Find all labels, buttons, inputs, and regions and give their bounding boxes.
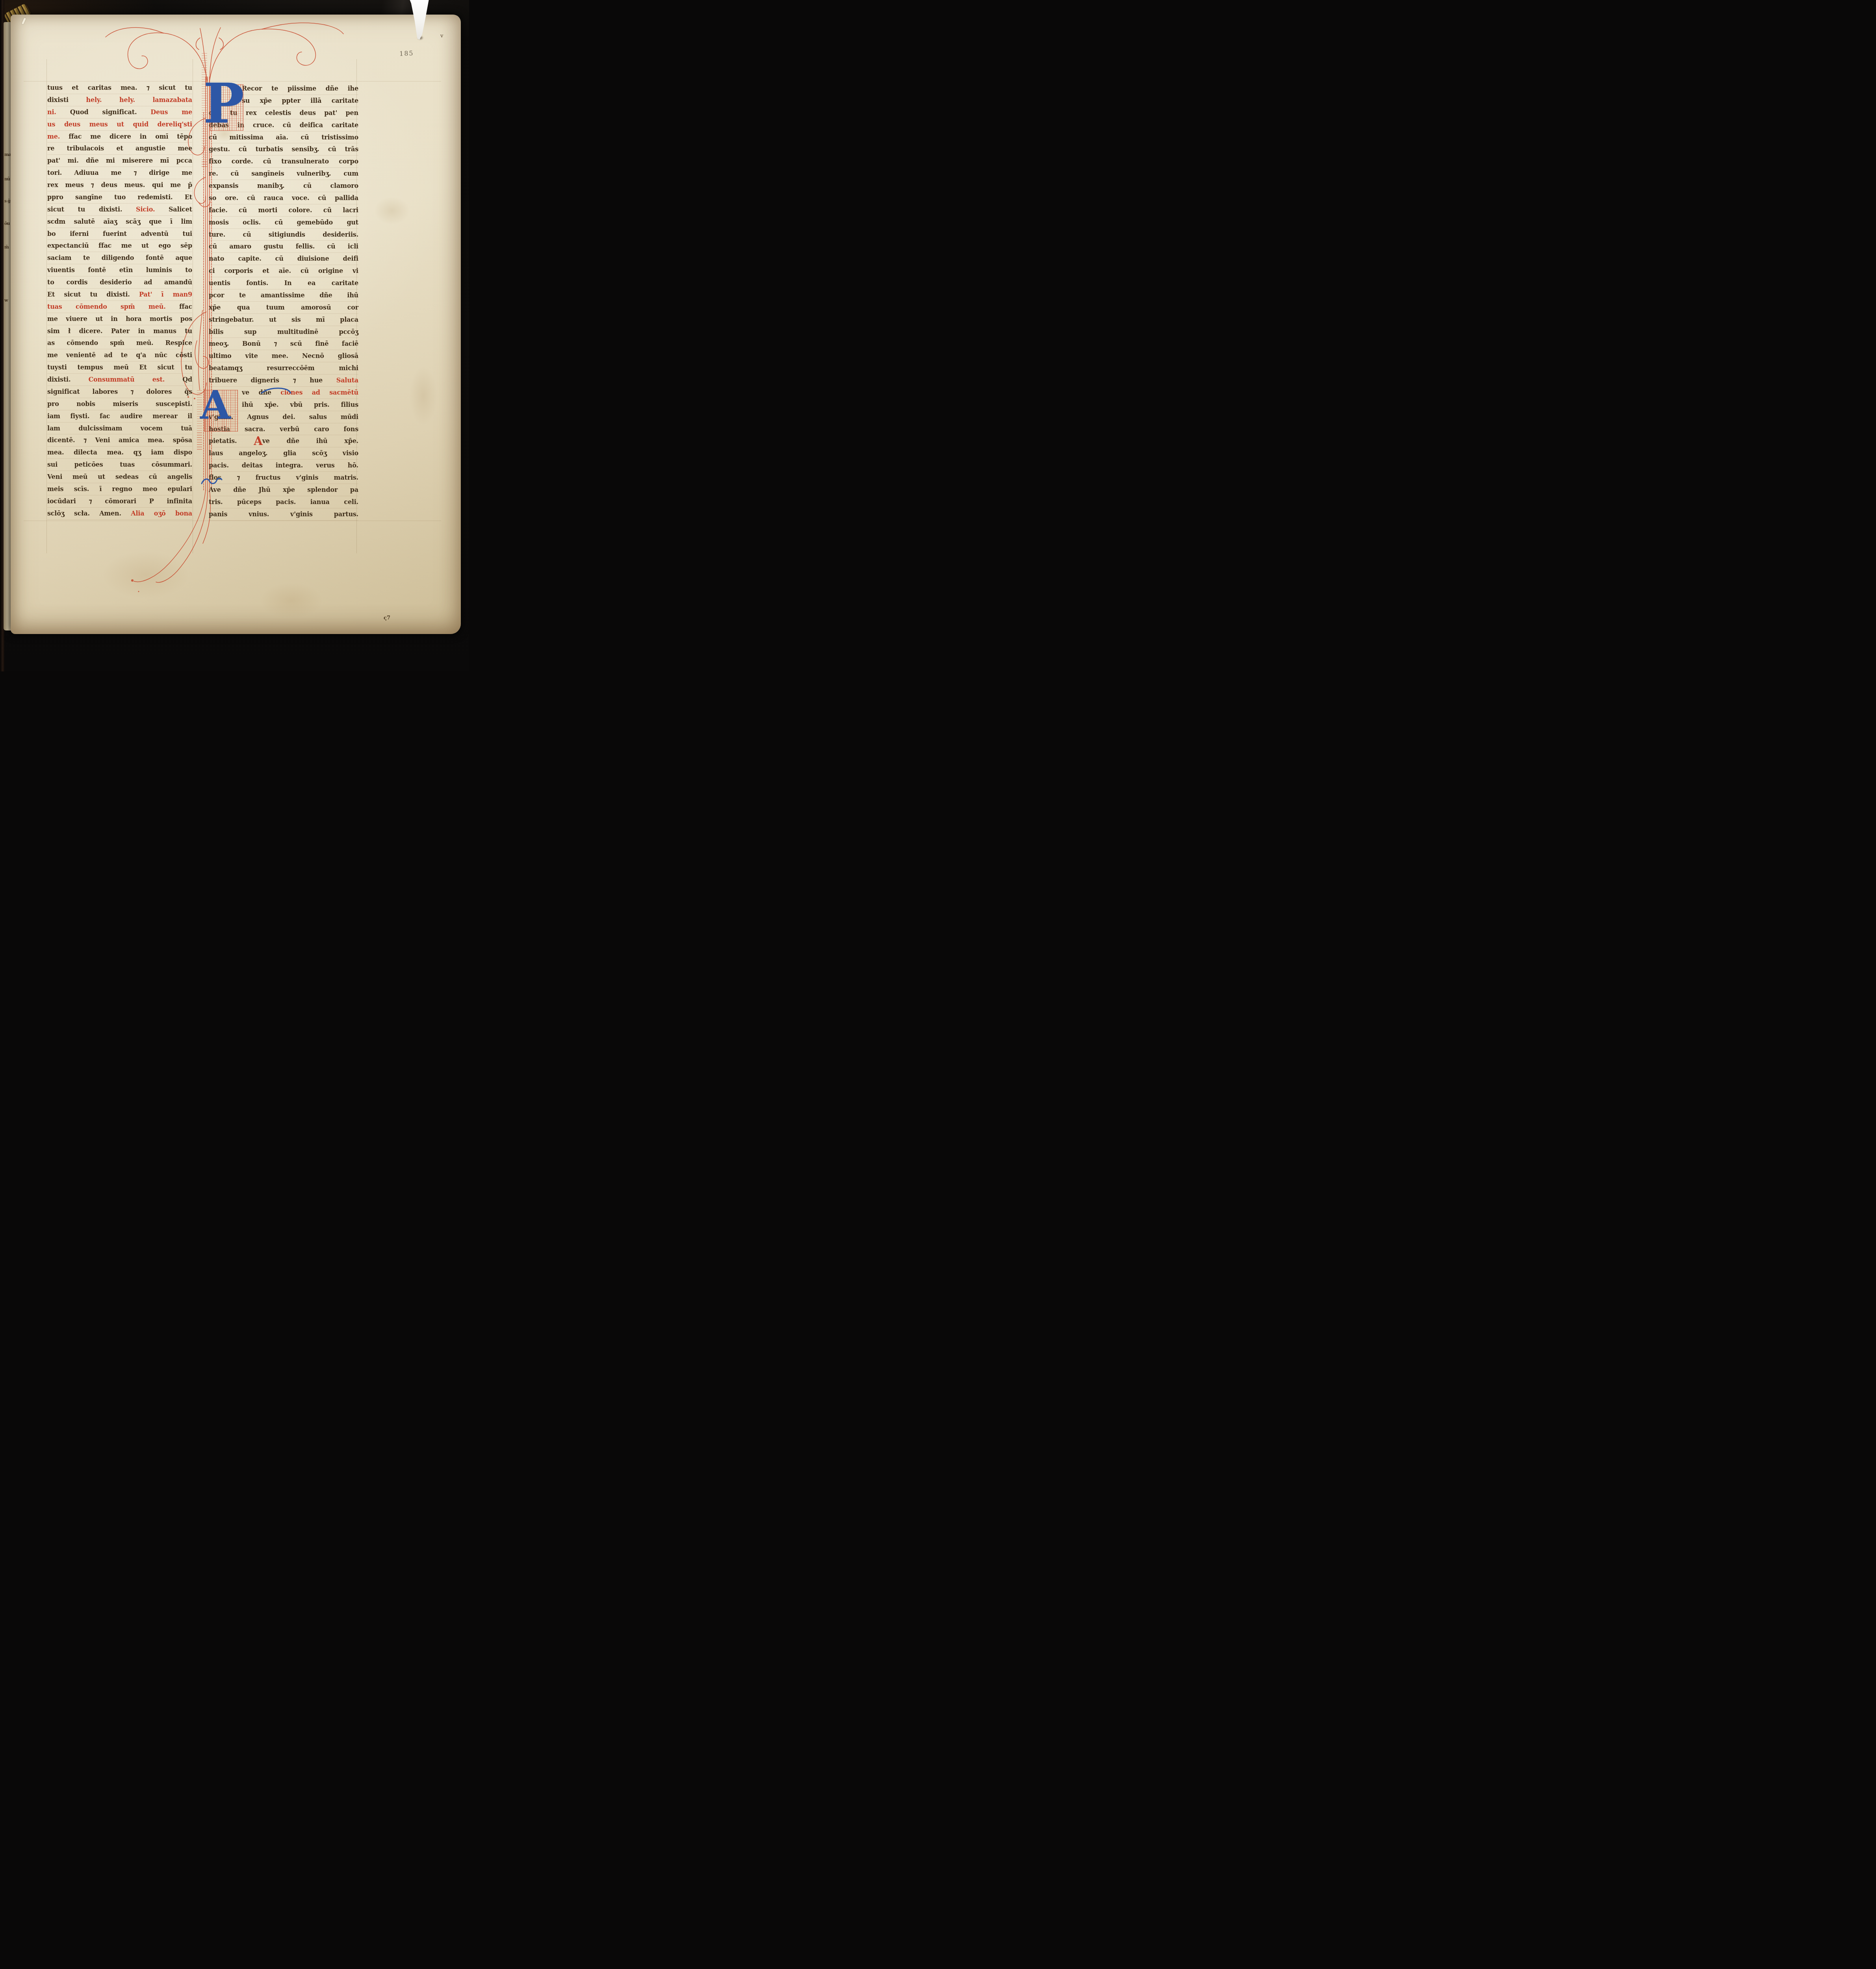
- text-segment: Consummatū est.: [89, 376, 183, 383]
- text-segment: sicut tu dixisti.: [47, 206, 136, 213]
- text-segment: me venientē ad te q'a nūc cōsti: [47, 351, 192, 359]
- text-line: pro nobis miseris suscepisti.: [47, 398, 192, 410]
- text-line: xp̄e qua tuum amorosū cor: [209, 302, 358, 314]
- text-segment: as cōmendo spm̄ meū. Respice: [47, 339, 192, 347]
- text-segment: beatamqʒ resurreccōēm michi: [209, 364, 358, 372]
- ruling-line: [46, 59, 47, 553]
- text-line: meoʒ. Bonū ⁊ scū finē faciē: [209, 338, 358, 350]
- text-line: tris. pūceps pacis. ianua celi.: [209, 496, 358, 508]
- text-segment: Quod significat.: [70, 108, 151, 116]
- folio-number: 185: [399, 49, 414, 57]
- text-segment: sclōʒ scła. Amen.: [47, 510, 131, 517]
- ruling-line: [24, 521, 441, 521]
- text-line: viuentis fontē etīn luminis to: [47, 264, 192, 276]
- text-segment: dicentē. ⁊ Veni amica mea. spōsa: [47, 436, 192, 444]
- text-line: facie. cū morti colore. cū lacri: [209, 204, 358, 217]
- text-line: iam fiysti. fac audire merear il: [47, 410, 192, 423]
- text-line: ture. cū sitigiundis desideriis.: [209, 229, 358, 241]
- text-line: beatamqʒ resurreccōēm michi: [209, 362, 358, 375]
- text-segment: Sicio.: [136, 206, 169, 213]
- text-line: expectanciū ffac me ut ego sēp: [47, 240, 192, 252]
- text-line: meis scīs. ī regno meo epulari: [47, 483, 192, 495]
- text-segment: tuus et caritas mea. ⁊ sicut tu: [47, 84, 192, 91]
- illuminated-initial-A: A: [202, 387, 238, 435]
- manuscript-photograph: manūs ḡōum̄w: [0, 0, 469, 671]
- text-line: so ore. cū rauca voce. cū pallida: [209, 192, 358, 204]
- text-segment: ture. cū sitigiundis desideriis.: [209, 231, 358, 238]
- text-line: expansis manibʒ. cū clamoro: [209, 180, 358, 192]
- text-line: ultimo vite mee. Necnō gliosā: [209, 350, 358, 362]
- text-segment: saciam te diligendo fontē aque: [47, 254, 192, 261]
- text-segment: su xp̄e ppter illā caritate: [242, 97, 358, 104]
- text-line: nato capite. cū diuisione deifi: [209, 253, 358, 265]
- text-line: iocūdari ⁊ cōmorari P infinita: [47, 495, 192, 508]
- corner-ink-mark: v: [440, 33, 443, 39]
- text-segment: rex meus ⁊ deus meus. qui me p̄: [47, 181, 192, 189]
- text-segment: ihū xp̄e. vbū pris. filius: [242, 401, 358, 408]
- text-line: me venientē ad te q'a nūc cōsti: [47, 349, 192, 362]
- text-segment: me viuere ut in hora mortis pos: [47, 315, 192, 323]
- text-segment: pcor te amantissime dñe ihū: [209, 291, 358, 299]
- text-line: tori. Adiuua me ⁊ dirige me: [47, 167, 192, 179]
- text-segment: hely. hely. lamazabata: [86, 96, 192, 104]
- text-segment: tori. Adiuua me ⁊ dirige me: [47, 169, 192, 176]
- text-segment: laus angeloʒ. glia scōʒ visio: [209, 449, 358, 457]
- text-line: Veni meū ut sedeas cū angelis: [47, 471, 192, 483]
- quire-signature: ς7: [384, 615, 390, 621]
- text-segment: ultimo vite mee. Necnō gliosā: [209, 352, 358, 360]
- text-line: tribuere digneris ⁊ hue Saluta: [209, 375, 358, 387]
- blue-swash: [200, 476, 223, 486]
- text-segment: Ave dñe Jhū xp̄e splendor pa: [209, 486, 358, 493]
- text-line: ppro sangīne tuo redemisti. Et: [47, 191, 192, 204]
- text-segment: so ore. cū rauca voce. cū pallida: [209, 194, 358, 202]
- text-segment: facie. cū morti colore. cū lacri: [209, 206, 358, 214]
- text-segment: Saluta: [336, 376, 358, 384]
- text-segment: tris. pūceps pacis. ianua celi.: [209, 498, 358, 506]
- text-line: me viuere ut in hora mortis pos: [47, 313, 192, 325]
- text-line: re tribulacois et angustie mee: [47, 143, 192, 155]
- text-line: ci corporis et aīe. cū origine vi: [209, 265, 358, 277]
- text-line: tuas cōmendo spm̄ meū. ffac: [47, 301, 192, 313]
- text-segment: re. cū sangīneis vulneribʒ. cum: [209, 170, 358, 177]
- initial-letter-A: A: [200, 385, 231, 425]
- gutter-text-fragment: w: [4, 298, 7, 303]
- text-segment: expansis manibʒ. cū clamoro: [209, 182, 358, 189]
- text-segment: A: [254, 434, 262, 448]
- right-text-column: Recor te piissime dñe ihesu xp̄e ppter i…: [209, 83, 358, 521]
- text-line: to cordis desiderio ad amandū: [47, 276, 192, 289]
- text-line: sim ł dicere. Pater in manus tu: [47, 325, 192, 337]
- text-segment: pat' mi. dñe mi miserere mī pcca: [47, 157, 192, 164]
- text-line: tuus et caritas mea. ⁊ sicut tu: [47, 82, 192, 94]
- text-segment: us deus meus ut quid dereliq'sti: [47, 121, 192, 128]
- text-line: pacis. deitas integra. verus hō.: [209, 460, 358, 472]
- text-segment: re tribulacois et angustie mee: [47, 145, 192, 152]
- text-line: dixisti hely. hely. lamazabata: [47, 94, 192, 106]
- text-segment: lam dulcissimam vocem tuā: [47, 425, 192, 432]
- text-segment: meoʒ. Bonū ⁊ scū finē faciē: [209, 340, 358, 347]
- text-segment: mea. dilecta mea. qʒ iam dispo: [47, 449, 192, 456]
- text-segment: ni.: [47, 108, 70, 116]
- text-segment: xp̄e qua tuum amorosū cor: [209, 304, 358, 311]
- text-segment: expectanciū ffac me ut ego sēp: [47, 242, 192, 249]
- text-segment: nato capite. cū diuisione deifi: [209, 255, 358, 262]
- text-segment: cū amaro gustu fellis. cū icli: [209, 243, 358, 250]
- text-segment: significat labores ⁊ dolores q̄s: [47, 388, 192, 395]
- text-line: rex meus ⁊ deus meus. qui me p̄: [47, 179, 192, 191]
- text-line: tuysti tempus meū Et sicut tu: [47, 362, 192, 374]
- text-line: dixisti. Consummatū est. Qd: [47, 374, 192, 386]
- text-segment: bilis sup multitudinē pccōʒ: [209, 328, 358, 336]
- text-line: bilis sup multitudinē pccōʒ: [209, 326, 358, 338]
- text-line: laus angeloʒ. glia scōʒ visio: [209, 447, 358, 460]
- gutter-text-fragment: nū: [4, 176, 10, 182]
- blue-swash: [261, 387, 291, 395]
- text-segment: pacis. deitas integra. verus hō.: [209, 462, 358, 469]
- text-line: as cōmendo spm̄ meū. Respice: [47, 337, 192, 349]
- text-line: dicentē. ⁊ Veni amica mea. spōsa: [47, 434, 192, 447]
- text-line: mosis oclis. cū gemebūdo gut: [209, 217, 358, 229]
- text-segment: ffac: [179, 303, 192, 310]
- text-segment: iam fiysti. fac audire merear il: [47, 412, 192, 420]
- text-segment: me.: [47, 133, 69, 140]
- text-segment: uentis fontis. In ea caritate: [209, 279, 358, 287]
- text-segment: stringebatur. ut sis mī placa: [209, 316, 358, 323]
- gutter-text-fragment: ōu: [4, 221, 9, 226]
- text-segment: gestu. cū turbatis sensibʒ. cū trās: [209, 145, 358, 153]
- text-segment: ppro sangīne tuo redemisti. Et: [47, 193, 192, 201]
- text-segment: ffac me dicere in omī tēpo: [69, 133, 192, 140]
- text-segment: fixo corde. cū transulnerato corpo: [209, 158, 358, 165]
- text-line: significat labores ⁊ dolores q̄s: [47, 386, 192, 398]
- ruling-line: [193, 59, 193, 553]
- text-line: fixo corde. cū transulnerato corpo: [209, 156, 358, 168]
- text-segment: viuentis fontē etīn luminis to: [47, 266, 192, 274]
- text-line: Et sicut tu dixisti. Pat' ī man9: [47, 289, 192, 301]
- text-line: panis vnius. v'ginis partus.: [209, 508, 358, 521]
- text-segment: Salicet: [169, 206, 192, 213]
- text-segment: tuysti tempus meū Et sicut tu: [47, 363, 192, 371]
- text-line: gestu. cū turbatis sensibʒ. cū trās: [209, 143, 358, 156]
- text-line: cū amaro gustu fellis. cū icli: [209, 241, 358, 253]
- text-segment: tuas cōmendo spm̄ meū.: [47, 303, 179, 310]
- text-line: pat' mi. dñe mi miserere mī pcca: [47, 155, 192, 167]
- text-segment: dixisti: [47, 96, 86, 104]
- text-line: me. ffac me dicere in omī tēpo: [47, 131, 192, 143]
- text-segment: pro nobis miseris suscepisti.: [47, 400, 192, 408]
- text-line: flos ⁊ fructus v'ginis matris.: [209, 472, 358, 484]
- text-segment: iocūdari ⁊ cōmorari P infinita: [47, 497, 192, 505]
- text-line: Ave dñe Jhū xp̄e splendor pa: [209, 484, 358, 496]
- text-segment: sim ł dicere. Pater in manus tu: [47, 327, 192, 335]
- text-segment: flos ⁊ fructus v'ginis matris.: [209, 474, 358, 481]
- gutter-text-fragment: s ḡ: [4, 198, 10, 204]
- left-text-column: tuus et caritas mea. ⁊ sicut tudixisti h…: [47, 82, 192, 520]
- text-segment: Pat' ī man9: [139, 291, 192, 298]
- text-line: scdm salutē aīaʒ scāʒ que ī lim: [47, 216, 192, 228]
- text-segment: Recor te piissime dñe ihe: [242, 85, 358, 92]
- text-line: sui peticōes tuas cōsummari.: [47, 459, 192, 471]
- text-line: lam dulcissimam vocem tuā: [47, 423, 192, 435]
- text-line: mea. dilecta mea. qʒ iam dispo: [47, 447, 192, 459]
- text-segment: bo iferni fuerint adventū tui: [47, 230, 192, 237]
- text-line: bo iferni fuerint adventū tui: [47, 228, 192, 240]
- text-segment: Deus me: [150, 108, 192, 116]
- text-segment: sui peticōes tuas cōsummari.: [47, 461, 192, 468]
- text-segment: Et sicut tu dixisti.: [47, 291, 139, 298]
- illuminated-initial-P: P: [206, 82, 244, 145]
- text-segment: to cordis desiderio ad amandū: [47, 278, 192, 286]
- initial-letter-P: P: [203, 76, 244, 131]
- text-segment: scdm salutē aīaʒ scāʒ que ī lim: [47, 218, 192, 225]
- text-line: stringebatur. ut sis mī placa: [209, 314, 358, 326]
- text-line: uentis fontis. In ea caritate: [209, 277, 358, 289]
- text-segment: panis vnius. v'ginis partus.: [209, 510, 358, 518]
- text-segment: Veni meū ut sedeas cū angelis: [47, 473, 192, 480]
- text-line: sclōʒ scła. Amen. Alia oʒō bona: [47, 508, 192, 520]
- text-segment: mosis oclis. cū gemebūdo gut: [209, 219, 358, 226]
- text-segment: Alia oʒō bona: [131, 510, 192, 517]
- text-segment: meis scīs. ī regno meo epulari: [47, 485, 192, 493]
- text-line: pietatis. Ave dñe ihū xp̄e.: [209, 435, 358, 447]
- text-segment: ve dñe ihū xp̄e.: [262, 437, 358, 445]
- text-line: re. cū sangīneis vulneribʒ. cum: [209, 168, 358, 180]
- text-line: pcor te amantissime dñe ihū: [209, 289, 358, 302]
- text-segment: pietatis.: [209, 437, 254, 445]
- text-segment: Qd: [182, 376, 192, 383]
- text-line: ni. Quod significat. Deus me: [47, 106, 192, 119]
- text-segment: ciones ad sacmētū: [280, 389, 358, 396]
- text-line: sicut tu dixisti. Sicio. Salicet: [47, 204, 192, 216]
- text-line: us deus meus ut quid dereliq'sti: [47, 119, 192, 131]
- text-line: saciam te diligendo fontē aque: [47, 252, 192, 264]
- text-segment: dixisti.: [47, 376, 89, 383]
- gutter-text-fragment: m̄: [4, 245, 9, 250]
- text-segment: ci corporis et aīe. cū origine vi: [209, 267, 358, 274]
- gutter-text-fragment: ma: [4, 152, 11, 157]
